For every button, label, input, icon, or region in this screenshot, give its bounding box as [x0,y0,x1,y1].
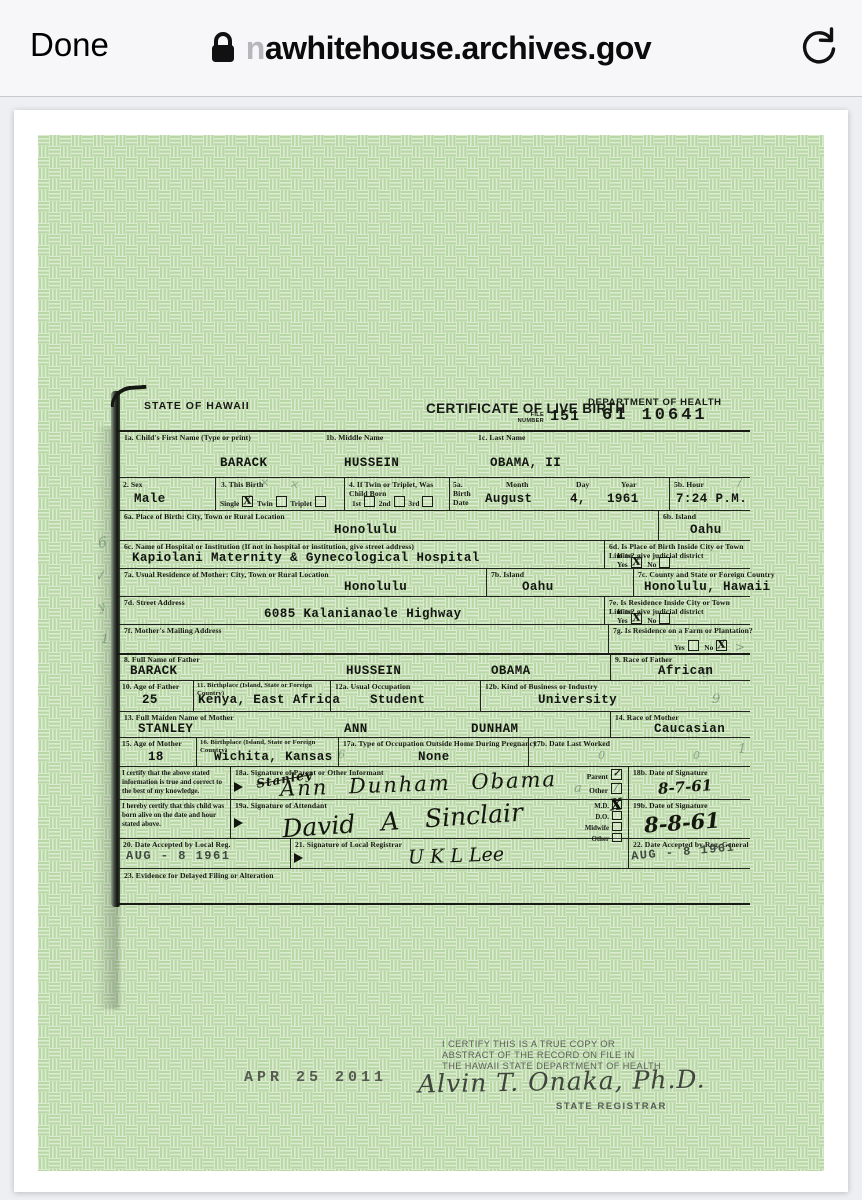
other-option: Other⁄ [570,783,622,795]
field-label-10: 10. Age of Father [122,682,190,691]
field-label-20: 20. Date Accepted by Local Reg. [123,840,231,849]
residence-island-value: Oahu [522,580,554,594]
no-checkbox: X [716,640,727,651]
father-industry-value: University [538,693,617,707]
md-checkbox: X [612,800,622,809]
birth-city-value: Honolulu [334,523,397,537]
second-checkbox [394,496,405,507]
midwife-checkbox [612,822,622,831]
residence-county-value: Honolulu, Hawaii [644,580,770,594]
street-address-value: 6085 Kalanianaole Highway [264,607,462,621]
pencil-mark: 1 [101,632,109,646]
field-label-21: 21. Signature of Local Registrar [295,840,402,849]
reload-icon [800,56,838,71]
this-birth-options: SingleX Twin Triplet [220,496,326,508]
mother-middle-value: ANN [344,722,368,736]
father-occupation-value: Student [370,693,425,707]
row-evidence: 23. Evidence for Delayed Filing or Alter… [118,868,750,905]
state-registrar-signature: Alvin T. Onaka, Ph.D. [418,1064,706,1098]
birth-year-value: 1961 [607,492,639,506]
field-label-17b: 17b. Date Last Worked [533,739,610,748]
yes-checkbox: X [631,557,642,568]
field-label-23: 23. Evidence for Delayed Filing or Alter… [124,871,274,880]
field-label-8: 8. Full Name of Father [124,655,200,664]
hospital-value: Kapiolani Maternity & Gynecological Hosp… [132,551,480,565]
arrow-icon [234,818,243,828]
address-bar[interactable]: nawhitehouse.archives.gov [0,0,862,96]
triplet-checkbox [315,496,326,507]
mother-age-value: 18 [148,750,164,764]
department-number: 61 10641 [602,406,708,425]
birth-day-value: 4, [570,492,586,506]
field-label-6c: 6c. Name of Hospital or Institution (If … [124,542,414,551]
birth-month-value: August [485,492,532,506]
father-birthplace-value: Kenya, East Africa [198,693,340,707]
row-mother-details: 15. Age of Mother 18 16. Birthplace (Isl… [118,737,750,767]
field-label-7f: 7f. Mother's Mailing Address [124,626,222,635]
certificate-form: STATE OF HAWAII CERTIFICATE OF LIVE BIRT… [118,393,750,903]
registrar-signature: U K L Lee [408,843,505,868]
father-first-value: BARACK [130,664,177,678]
parent-checkbox: ✓ [611,769,622,780]
field-label-7b: 7b. Island [491,570,524,579]
month-header: Month [506,480,528,489]
field-label-7g: 7g. Is Residence on a Farm or Plantation… [613,626,753,635]
father-age-value: 25 [142,693,158,707]
mother-first-value: STANLEY [138,722,193,736]
single-checkbox: X [242,496,253,507]
done-button[interactable]: Done [30,26,109,64]
row-informant-signature: I certify that the above stated informat… [118,766,750,800]
third-checkbox [422,496,433,507]
day-header: Day [576,480,589,489]
field-label-7a: 7a. Usual Residence of Mother: City, Tow… [124,570,329,579]
field-label-12b: 12b. Kind of Business or Industry [485,682,597,691]
field-label-9: 9. Race of Father [615,655,672,664]
arrow-icon [234,782,243,792]
field-label-1a: 1a. Child's First Name (Type or print) [124,433,251,442]
browser-toolbar: Done nawhitehouse.archives.gov [0,0,862,97]
middle-name-value: HUSSEIN [344,456,399,470]
father-middle-value: HUSSEIN [346,664,401,678]
field-label-19a: 19a. Signature of Attendant [235,801,327,810]
certify-statement-2: I hereby certify that this child was bor… [122,802,226,829]
row-father-name: 8. Full Name of Father BARACK HUSSEIN OB… [118,653,750,681]
field-label-1b: 1b. Middle Name [326,433,383,442]
field-label-17a: 17a. Type of Occupation Outside Home Dur… [343,739,537,748]
row-child-name: 1a. Child's First Name (Type or print) 1… [118,430,750,478]
date-received-stamp: APR 25 2011 [244,1069,387,1086]
row-mother-name: 13. Full Maiden Name of Mother STANLEY A… [118,711,750,738]
attendant-date-value: 8-8-61 [643,807,720,837]
year-header: Year [621,480,637,489]
file-number-label: FILE NUMBER [512,412,544,425]
state-registrar-title: STATE REGISTRAR [556,1101,667,1112]
form-header: STATE OF HAWAII CERTIFICATE OF LIVE BIRT… [118,393,750,432]
do-checkbox [612,811,622,820]
field-label-18b: 18b. Date of Signature [633,768,708,777]
field-label-5a: 5a. Birth Date [453,480,481,507]
row-street-address: 7d. Street Address 6085 Kalanianaole Hig… [118,596,750,625]
field-label-12a: 12a. Usual Occupation [335,682,410,691]
first-checkbox [364,496,375,507]
url-text: nawhitehouse.archives.gov [246,30,651,67]
pencil-mark: 6 [97,534,108,551]
lock-icon [211,32,235,64]
parent-option: Parent✓ [570,769,622,781]
row-father-details: 10. Age of Father 25 11. Birthplace (Isl… [118,680,750,712]
field-label-5b: 5b. Hour [674,480,704,489]
field-label-13: 13. Full Maiden Name of Mother [124,713,234,722]
field-label-7c: 7c. County and State or Foreign Country [638,570,775,579]
local-reg-date-stamp: AUG - 8 1961 [126,849,230,863]
no-checkbox [659,557,670,568]
field-label-2: 2. Sex [123,480,143,489]
row-attendant-signature: I hereby certify that this child was bor… [118,799,750,839]
father-last-value: OBAMA [491,664,531,678]
field-label-14: 14. Race of Mother [615,713,679,722]
residence-city-value: Honolulu [344,580,407,594]
row-mailing-address: 7f. Mother's Mailing Address 7g. Is Resi… [118,624,750,655]
file-number-value: 151 [550,408,580,425]
field-label-1c: 1c. Last Name [478,433,526,442]
row-mother-residence: 7a. Usual Residence of Mother: City, Tow… [118,568,750,597]
last-name-value: OBAMA, II [490,456,561,470]
certify-statement-1: I certify that the above stated informat… [122,769,226,796]
mother-occupation-value: None [418,750,450,764]
first-name-value: BARACK [220,456,267,470]
reload-button[interactable] [800,26,838,68]
row-place-of-birth: 6a. Place of Birth: City, Town or Rural … [118,510,750,541]
twin-checkbox [276,496,287,507]
row-registrar: 20. Date Accepted by Local Reg. AUG - 8 … [118,838,750,869]
document-page: 6 ✓ y 1 × × / 9 9 1 6 0 0 > a STATE OF H… [14,110,848,1192]
field-label-7d: 7d. Street Address [124,598,185,607]
yes-checkbox: X [631,613,642,624]
row-birth-details: 2. Sex Male 3. This Birth SingleX Twin T… [118,477,750,511]
mother-maiden-value: DUNHAM [471,722,518,736]
farm-options: Yes NoX [674,640,727,652]
mother-race-value: Caucasian [654,722,725,736]
hour-value: 7:24 P.M. [676,492,747,506]
mother-birthplace-value: Wichita, Kansas [214,750,333,764]
row-hospital: 6c. Name of Hospital or Institution (If … [118,540,750,569]
field-label-15: 15. Age of Mother [122,739,192,748]
arrow-icon [294,853,303,863]
field-label-3: 3. This Birth [221,480,263,489]
state-label: STATE OF HAWAII [144,400,250,412]
certificate-paper: 6 ✓ y 1 × × / 9 9 1 6 0 0 > a STATE OF H… [38,135,824,1171]
other-checkbox: ⁄ [611,783,622,794]
yes-checkbox [688,640,699,651]
informant-date-value: 8-7-61 [657,776,712,798]
no-checkbox [659,613,670,624]
sex-value: Male [134,492,166,506]
twin-order-options: 1st 2nd 3rd [352,496,433,508]
field-label-6b: 6b. Island [663,512,696,521]
father-race-value: African [658,664,713,678]
field-label-6a: 6a. Place of Birth: City, Town or Rural … [124,512,285,521]
birth-island-value: Oahu [690,523,722,537]
